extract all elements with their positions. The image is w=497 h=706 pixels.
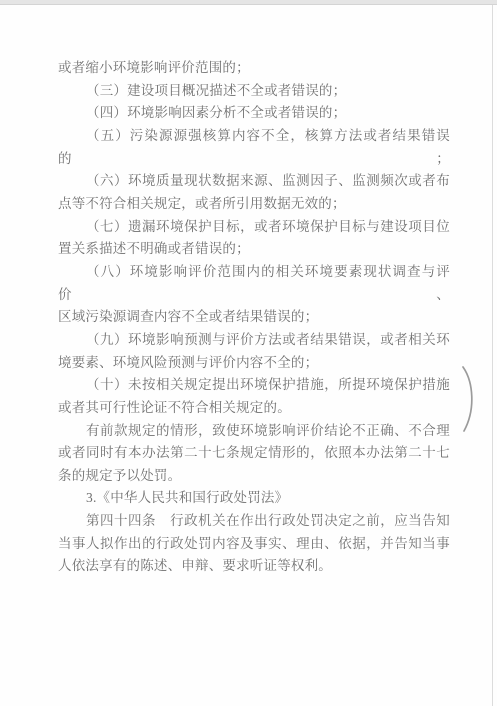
document-line: 或者缩小环境影响评价范围的；: [58, 57, 450, 80]
document-line: 或者其可行性论证不符合相关规定的。: [58, 397, 450, 420]
document-line: 置关系描述不明确或者错误的；: [58, 238, 450, 261]
closing-parenthesis-pen-mark-icon: [459, 365, 481, 433]
document-line: 人依法享有的陈述、申辩、要求听证等权利。: [58, 555, 450, 578]
document-line: （七）遗漏环境保护目标，或者环境保护目标与建设项目位: [58, 216, 450, 239]
document-line: 条的规定予以处罚。: [58, 465, 450, 488]
document-line: 有前款规定的情形，致使环境影响评价结论不正确、不合理: [58, 420, 450, 443]
document-line: 3.《中华人民共和国行政处罚法》: [58, 487, 450, 510]
document-line: （十）未按相关规定提出环境保护措施，所提环境保护措施: [58, 374, 450, 397]
document-page-text: 或者缩小环境影响评价范围的； （三）建设项目概况描述不全或者错误的； （四）环境…: [58, 57, 450, 578]
viewer-top-edge: [0, 0, 497, 5]
document-line: 区域污染源调查内容不全或者结果错误的；: [58, 306, 450, 329]
document-line: 当事人拟作出的行政处罚内容及事实、理由、依据，并告知当事: [58, 533, 450, 556]
document-line: 境要素、环境风险预测与评价内容不全的；: [58, 352, 450, 375]
document-line: （六）环境质量现状数据来源、监测因子、监测频次或者布: [58, 170, 450, 193]
scanned-document-viewer: { "page": { "background_color": "#fefefe…: [0, 0, 497, 706]
document-line: （九）环境影响预测与评价方法或者结果错误，或者相关环: [58, 329, 450, 352]
document-line: （五）污染源源强核算内容不全，核算方法或者结果错误的；: [58, 125, 450, 170]
document-line: （八）环境影响评价范围内的相关环境要素现状调查与评价、: [58, 261, 450, 306]
document-line: （三）建设项目概况描述不全或者错误的；: [58, 80, 450, 103]
document-line: 或者同时有本办法第二十七条规定情形的，依照本办法第二十七: [58, 442, 450, 465]
page-right-edge-line: [492, 5, 493, 706]
document-line: 点等不符合相关规定，或者所引用数据无效的；: [58, 193, 450, 216]
document-line: （四）环境影响因素分析不全或者错误的；: [58, 102, 450, 125]
document-line: 第四十四条 行政机关在作出行政处罚决定之前，应当告知: [58, 510, 450, 533]
